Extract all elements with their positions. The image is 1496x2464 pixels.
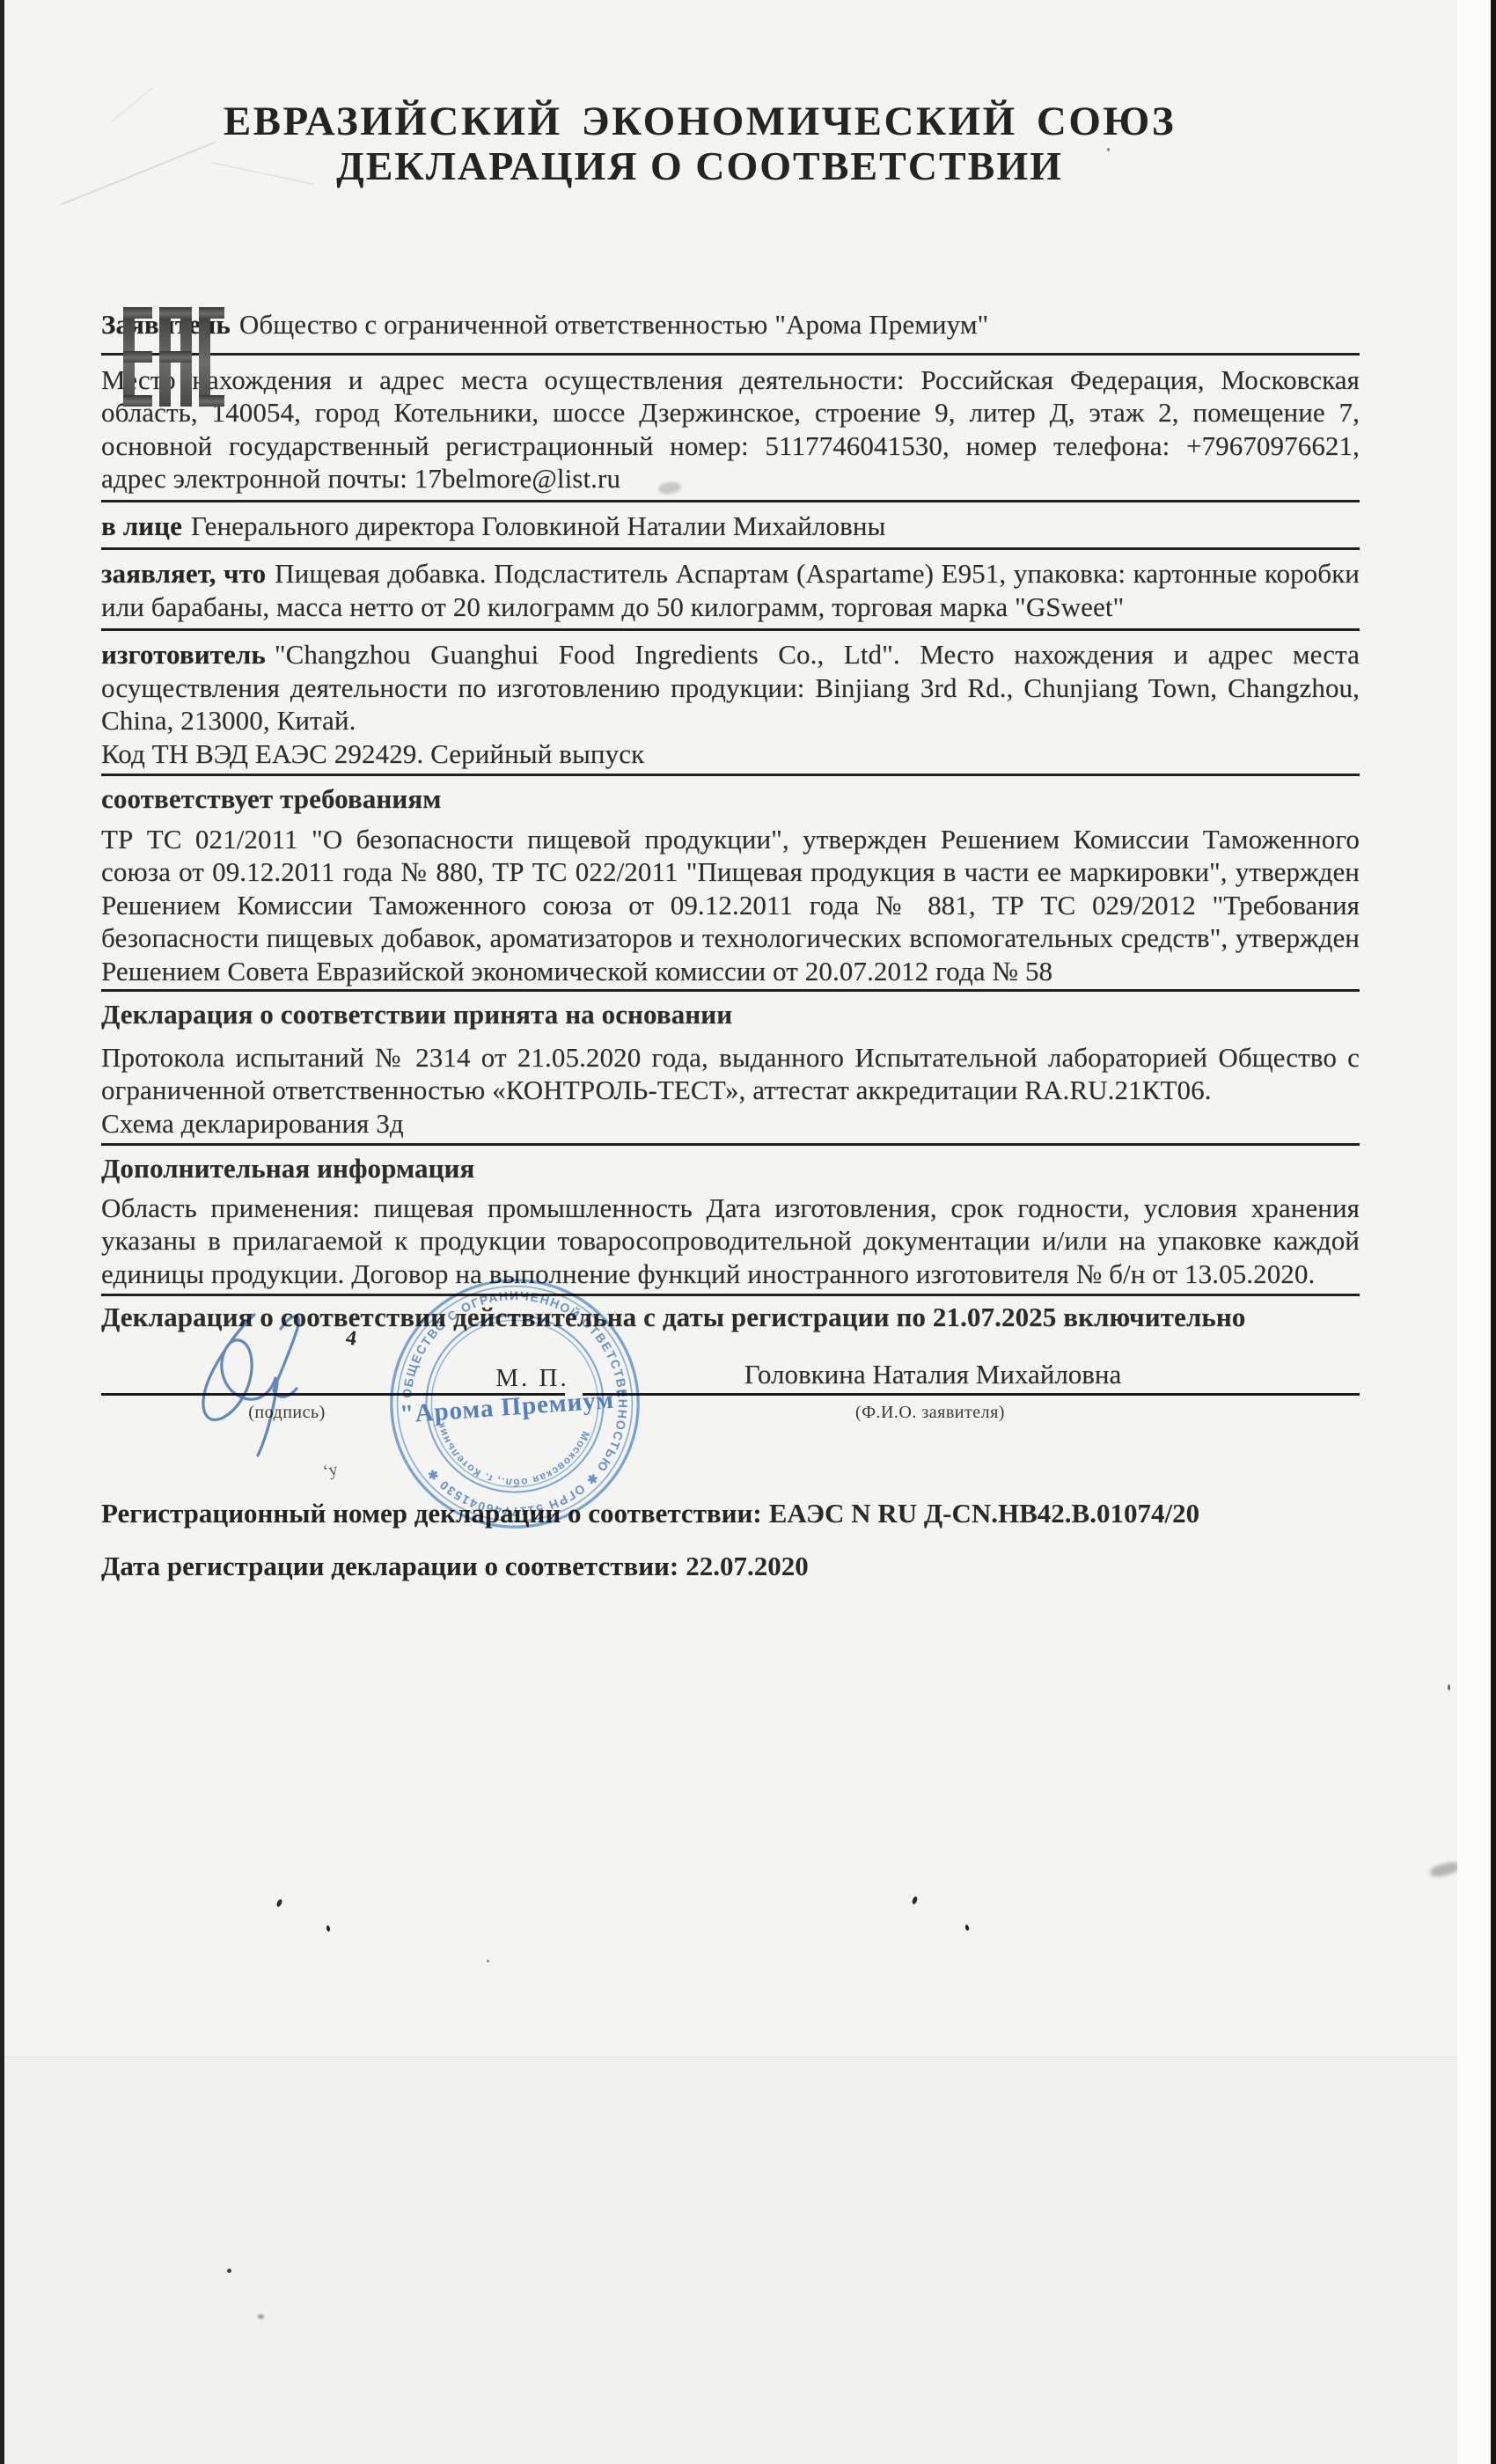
rule (101, 1143, 1360, 1146)
doc-title-line1: ЕВРАЗИЙСКИЙ ЭКОНОМИЧЕСКИЙ СОЮЗ (101, 99, 1298, 144)
name-line (583, 1393, 1360, 1396)
pen-mark: 4 (344, 1326, 358, 1351)
scan-speck (964, 1925, 970, 1932)
scan-speck (1107, 148, 1110, 151)
rule (101, 500, 1360, 502)
applicant-value: Общество с ограниченной ответственностью… (239, 309, 988, 340)
scan-edge-right-light (1457, 0, 1491, 2464)
scan-edge-left (0, 0, 4, 2464)
name-caption: (Ф.И.О. заявителя) (754, 1403, 1106, 1423)
declares-paragraph: заявляет, чтоПищевая добавка. Подсластит… (101, 557, 1360, 623)
represented-by-line: в лицеГенерального директора Головкиной … (101, 510, 1360, 543)
complies-heading: соответствует требованиям (101, 782, 1360, 816)
registration-number-value: ЕАЭС N RU Д-CN.НВ42.В.01074/20 (769, 1498, 1199, 1529)
scheme-line: Схема декларирования 3д (101, 1107, 1360, 1140)
applicant-line: ЗаявительОбщество с ограниченной ответст… (101, 308, 1360, 341)
rule (101, 1294, 1360, 1296)
scan-speck (275, 1898, 282, 1907)
rule (101, 774, 1360, 776)
address-paragraph: Место нахождения и адрес места осуществл… (101, 363, 1360, 495)
declares-value: Пищевая добавка. Подсластитель Аспартам … (101, 558, 1360, 622)
rule (101, 989, 1360, 992)
registration-date-line: Дата регистрации декларации о соответств… (101, 1549, 1360, 1584)
scan-speck (326, 1925, 330, 1932)
handwritten-signature (186, 1299, 335, 1466)
signature-block: ОБЩЕСТВО С ОГРАНИЧЕННОЙ ОТВЕТСТВЕННОСТЬЮ… (101, 1334, 1360, 1457)
basis-heading: Декларация о соответствии принята на осн… (101, 998, 1360, 1031)
manufacturer-paragraph: изготовитель"Changzhou Guanghui Food Ing… (101, 638, 1360, 737)
represented-value: Генерального директора Головкиной Натали… (191, 510, 886, 541)
complies-paragraph: ТР ТС 021/2011 "О безопасности пищевой п… (101, 823, 1360, 988)
scan-smudge (1429, 1860, 1461, 1879)
basis-paragraph: Протокола испытаний № 2314 от 21.05.2020… (101, 1041, 1360, 1107)
manufacturer-label: изготовитель (101, 639, 266, 670)
scanned-declaration-page: ЕВРАЗИЙСКИЙ ЭКОНОМИЧЕСКИЙ СОЮЗ ДЕКЛАРАЦИ… (0, 0, 1496, 2464)
scan-speck (1448, 1684, 1450, 1690)
company-stamp: ОБЩЕСТВО С ОГРАНИЧЕННОЙ ОТВЕТСТВЕННОСТЬЮ… (387, 1276, 642, 1531)
stamp-place-label: М. П. (444, 1364, 620, 1393)
rule (101, 628, 1360, 631)
declarant-name: Головкина Наталия Михайловна (581, 1359, 1285, 1390)
registration-date-value: 22.07.2020 (686, 1551, 809, 1581)
doc-title-line2: ДЕКЛАРАЦИЯ О СООТВЕТСТВИИ (101, 144, 1298, 188)
registration-number-line: Регистрационный номер декларации о соотв… (101, 1496, 1360, 1531)
scan-speck (487, 1960, 489, 1962)
scan-speck (912, 1896, 919, 1904)
additional-paragraph: Область применения: пищевая промышленнос… (101, 1192, 1360, 1291)
eac-mark-icon (123, 307, 224, 407)
additional-heading: Дополнительная информация (101, 1152, 1360, 1185)
declares-label: заявляет, что (101, 558, 266, 589)
represented-label: в лице (101, 510, 182, 541)
manufacturer-value: "Changzhou Guanghui Food Ingredients Co.… (101, 639, 1360, 736)
tnved-line: Код ТН ВЭД ЕАЭС 292429. Серийный выпуск (101, 737, 1360, 771)
scan-edge-right-dark (1491, 0, 1496, 2464)
rule (101, 353, 1360, 356)
paper-lower-area (4, 2057, 1457, 2464)
registration-date-label: Дата регистрации декларации о соответств… (101, 1551, 678, 1581)
rule (101, 547, 1360, 550)
